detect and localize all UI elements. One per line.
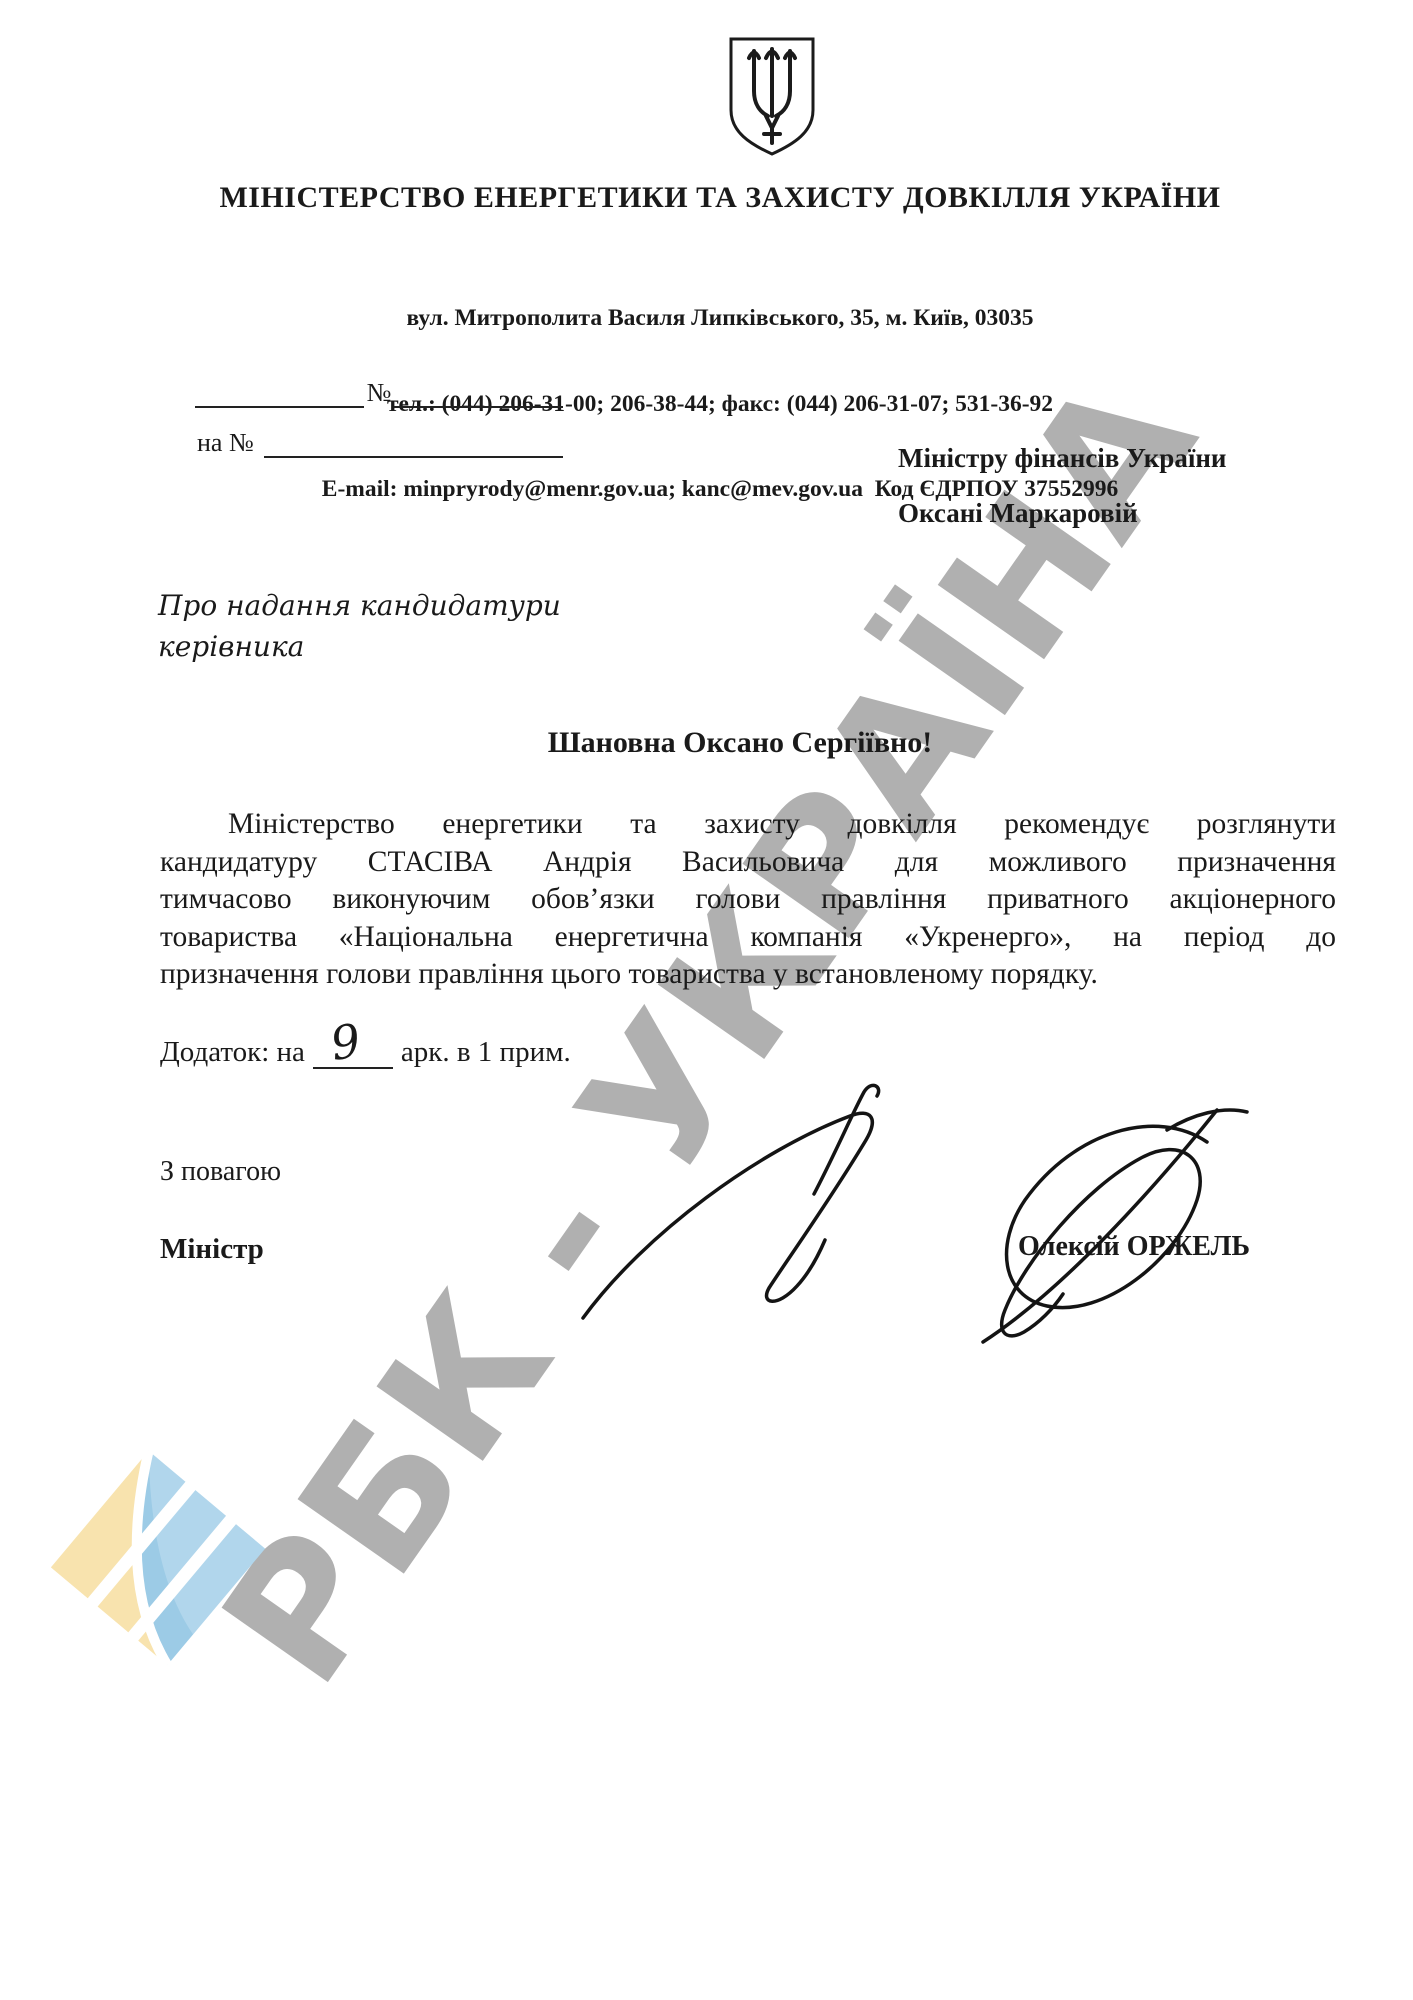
subject-block: Про надання кандидатури керівника	[158, 585, 678, 667]
outgoing-number-blank	[394, 380, 563, 408]
addressee-name: Оксані Маркаровій	[898, 486, 1318, 541]
number-sign: №	[364, 378, 395, 408]
addressee-title: Міністру фінансів України	[898, 431, 1318, 486]
subject-line-2: керівника	[158, 626, 678, 667]
body-line: призначення голови правління цього товар…	[160, 956, 1336, 994]
ukraine-trident-emblem-icon	[724, 34, 820, 160]
signer-position: Міністр	[160, 1233, 264, 1266]
attachment-suffix: арк. в 1 прим.	[401, 1036, 571, 1069]
minister-signature	[555, 1078, 1295, 1358]
body-line: Міністерство енергетики та захисту довкі…	[160, 806, 1336, 844]
addressee-block: Міністру фінансів України Оксані Маркаро…	[898, 431, 1318, 541]
subject-line-1: Про надання кандидатури	[158, 585, 678, 626]
body-paragraph: Міністерство енергетики та захисту довкі…	[160, 806, 1336, 994]
closing-regards: З повагою	[160, 1156, 281, 1188]
outgoing-date-blank	[195, 380, 364, 408]
body-line: товариства «Національна енергетична комп…	[160, 919, 1336, 957]
rbc-ukraine-logo	[36, 1436, 286, 1686]
body-line: кандидатуру СТАСІВА Андрія Васильовича д…	[160, 844, 1336, 882]
ministry-name: МІНІСТЕРСТВО ЕНЕРГЕТИКИ ТА ЗАХИСТУ ДОВКІ…	[30, 181, 1410, 215]
reply-number-line: на №	[197, 424, 563, 458]
body-line: тимчасово виконуючим обов’язки голови пр…	[160, 881, 1336, 919]
attachment-note: Додаток: на 9 арк. в 1 прим.	[160, 1036, 571, 1069]
outgoing-number-line: №	[195, 378, 563, 408]
salutation: Шановна Оксано Сергіївно!	[30, 726, 1413, 760]
attachment-sheets-blank: 9	[313, 1037, 393, 1069]
scanned-letter-page: РБК - УКРАЇНА	[0, 0, 1413, 2000]
reply-number-label: на №	[197, 428, 264, 458]
attachment-prefix: Додаток: на	[160, 1036, 305, 1069]
letterhead-address: вул. Митрополита Василя Липківського, 35…	[30, 304, 1410, 333]
handwritten-sheet-count: 9	[327, 1013, 364, 1071]
reply-number-blank	[264, 428, 563, 458]
